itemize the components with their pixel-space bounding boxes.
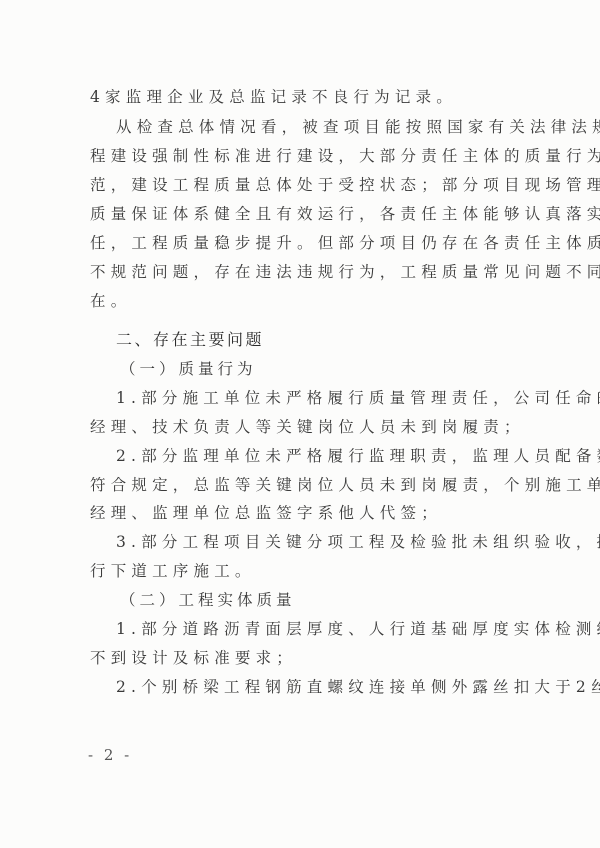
paragraph-line: 从检查总体情况看，被查项目能按照国家有关法律法规和工 bbox=[116, 117, 548, 137]
paragraph-line: 程建设强制性标准进行建设，大部分责任主体的质量行为比较规 bbox=[90, 146, 522, 166]
list-item: 2.部分监理单位未严格履行监理职责，监理人员配备数量不 bbox=[116, 446, 548, 466]
list-item-continuation: 行下道工序施工。 bbox=[90, 561, 522, 581]
list-item-continuation: 经理、监理单位总监签字系他人代签； bbox=[90, 503, 522, 523]
list-item-continuation: 符合规定，总监等关键岗位人员未到岗履责，个别施工单位项目 bbox=[90, 475, 522, 495]
list-item-continuation: 不到设计及标准要求； bbox=[90, 648, 522, 668]
subsection-heading: （一）质量行为 bbox=[120, 359, 552, 379]
list-item-continuation: 经理、技术负责人等关键岗位人员未到岗履责； bbox=[90, 417, 522, 437]
list-item: 2.个别桥梁工程钢筋直螺纹连接单侧外露丝扣大于2丝，且 bbox=[116, 677, 548, 697]
section-heading: 二、存在主要问题 bbox=[116, 330, 548, 350]
paragraph-line: 不规范问题，存在违法违规行为，工程质量常见问题不同程度存 bbox=[90, 262, 522, 282]
list-item: 3.部分工程项目关键分项工程及检验批未组织验收，擅自进 bbox=[116, 532, 548, 552]
paragraph-line: 4家监理企业及总监记录不良行为记录。 bbox=[90, 87, 522, 107]
paragraph-line: 质量保证体系健全且有效运行，各责任主体能够认真落实主体责 bbox=[90, 204, 522, 224]
list-item: 1.部分施工单位未严格履行质量管理责任，公司任命的项目 bbox=[116, 388, 548, 408]
paragraph-line: 在。 bbox=[90, 291, 522, 311]
page-number: - 2 - bbox=[88, 746, 132, 764]
subsection-heading: （二）工程实体质量 bbox=[120, 590, 552, 610]
paragraph-line: 任，工程质量稳步提升。但部分项目仍存在各责任主体质量行为 bbox=[90, 233, 522, 253]
document-page: 4家监理企业及总监记录不良行为记录。 从检查总体情况看，被查项目能按照国家有关法… bbox=[0, 0, 600, 848]
list-item: 1.部分道路沥青面层厚度、人行道基础厚度实体检测结果达 bbox=[116, 619, 548, 639]
paragraph-line: 范，建设工程质量总体处于受控状态；部分项目现场管理规范， bbox=[90, 175, 522, 195]
